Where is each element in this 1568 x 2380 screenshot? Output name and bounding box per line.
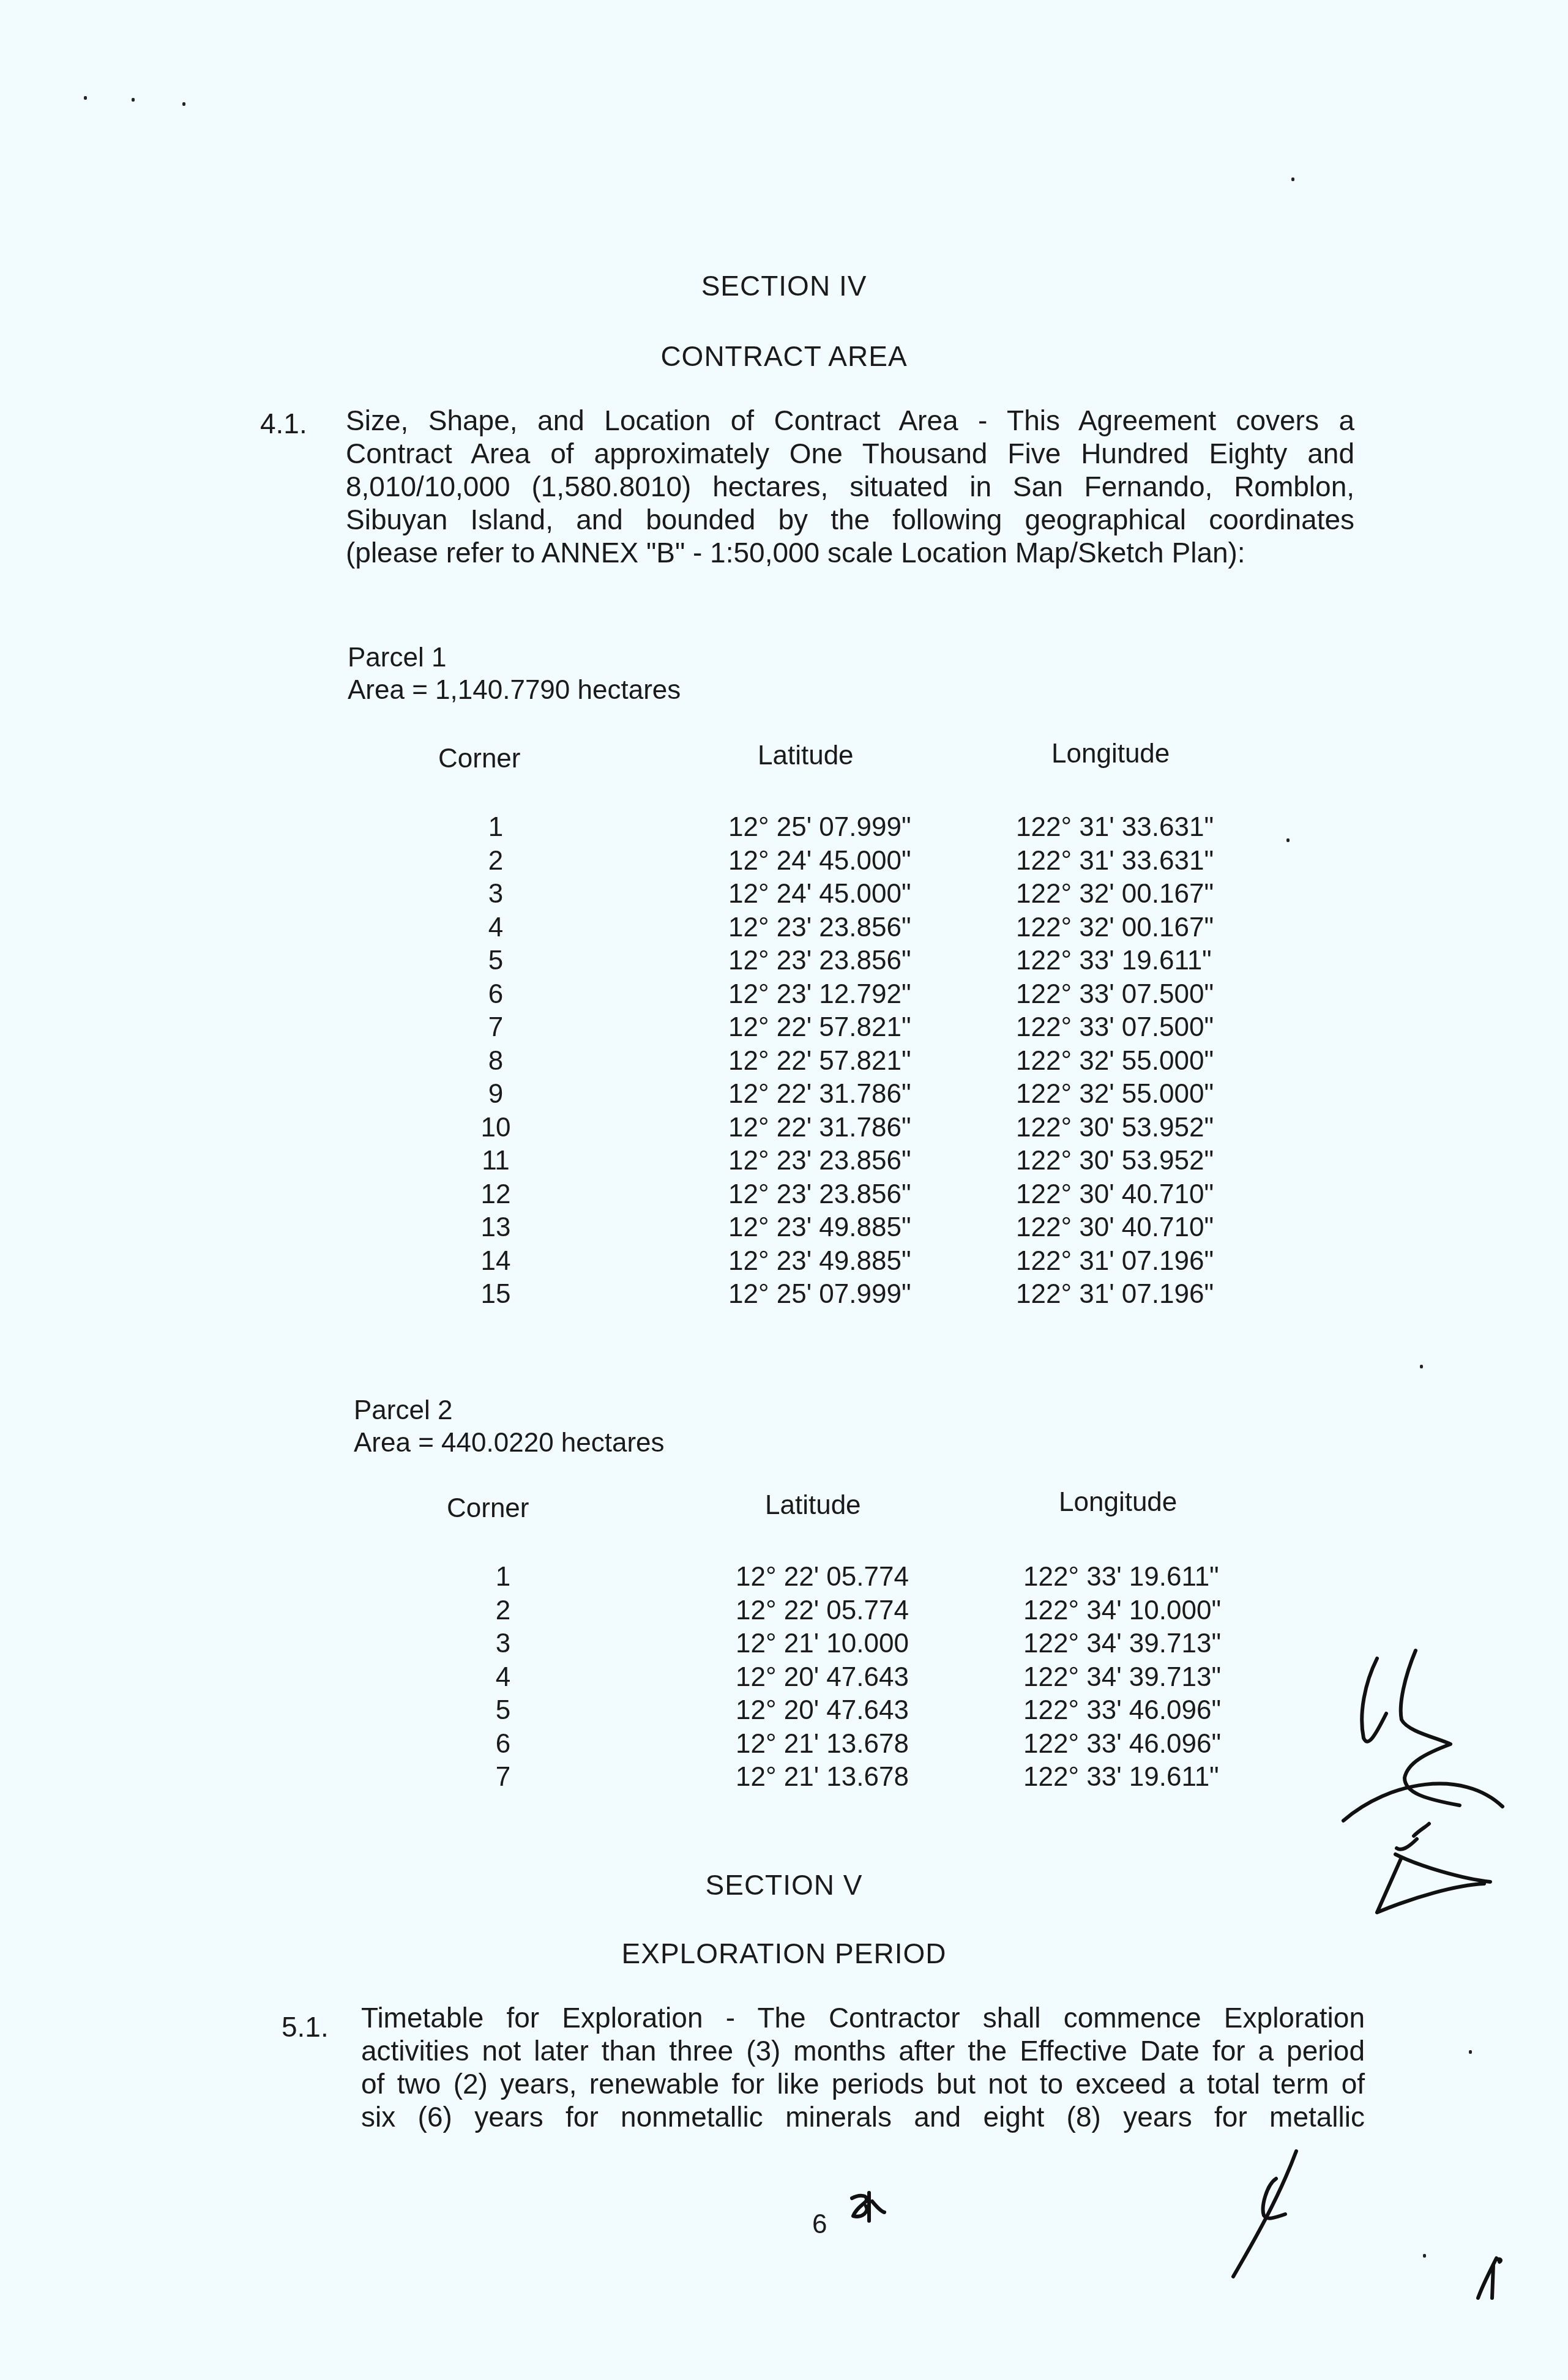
longitude-value: 122° 33' 19.611" [1023, 1761, 1219, 1794]
longitude-value: 122° 34' 10.000" [1023, 1594, 1221, 1628]
paragraph-4-1: Size, Shape, and Location of Contract Ar… [346, 404, 1354, 569]
longitude-value: 122° 31' 07.196" [1016, 1278, 1214, 1311]
corner-number: 15 [459, 1278, 532, 1311]
scan-speck [182, 102, 185, 106]
longitude-value: 122° 30' 53.952" [1016, 1144, 1214, 1178]
table-row: 1212° 23' 23.856"122° 30' 40.710" [0, 1178, 1568, 1212]
table-row: 112° 25' 07.999"122° 31' 33.631" [0, 811, 1568, 845]
longitude-value: 122° 32' 55.000" [1016, 1078, 1214, 1111]
latitude-value: 12° 24' 45.000" [728, 878, 911, 911]
table-row: 212° 24' 45.000"122° 31' 33.631" [0, 845, 1568, 878]
latitude-value: 12° 23' 23.856" [728, 1178, 911, 1212]
table-row: 112° 22' 05.774122° 33' 19.611" [0, 1561, 1568, 1594]
paragraph-line: activities not later than three (3) mont… [361, 2034, 1365, 2067]
longitude-value: 122° 33' 46.096" [1023, 1694, 1221, 1728]
longitude-value: 122° 31' 33.631" [1016, 811, 1214, 845]
longitude-value: 122° 32' 00.167" [1016, 878, 1214, 911]
paragraph-line: (please refer to ANNEX "B" - 1:50,000 sc… [346, 536, 1354, 569]
parcel-1-header-latitude: Latitude [758, 740, 854, 771]
scan-speck [1423, 2254, 1426, 2258]
parcel-1-area: Area = 1,140.7790 hectares [348, 675, 681, 706]
latitude-value: 12° 21' 13.678 [736, 1761, 909, 1794]
latitude-value: 12° 24' 45.000" [728, 845, 911, 878]
longitude-value: 122° 31' 07.196" [1016, 1245, 1214, 1278]
parcel-2-area: Area = 440.0220 hectares [354, 1428, 665, 1458]
table-row: 312° 21' 10.000122° 34' 39.713" [0, 1627, 1568, 1661]
corner-number: 7 [459, 1011, 532, 1045]
paragraph-line: six (6) years for nonmetallic minerals a… [361, 2100, 1365, 2133]
latitude-value: 12° 25' 07.999" [728, 1278, 911, 1311]
longitude-value: 122° 32' 00.167" [1016, 911, 1214, 945]
parcel-2-header-longitude: Longitude [1059, 1487, 1177, 1518]
paragraph-line: Contract Area of approximately One Thous… [346, 437, 1354, 470]
corner-number: 14 [459, 1245, 532, 1278]
longitude-value: 122° 30' 40.710" [1016, 1211, 1214, 1245]
corner-number: 4 [466, 1661, 540, 1695]
paragraph-line: of two (2) years, renewable for like per… [361, 2067, 1365, 2100]
corner-number: 6 [459, 978, 532, 1012]
margin-signature-icon [1340, 1646, 1536, 1909]
corner-number: 12 [459, 1178, 532, 1212]
corner-number: 7 [466, 1761, 540, 1794]
latitude-value: 12° 25' 07.999" [728, 811, 911, 845]
corner-number: 3 [466, 1627, 540, 1661]
table-row: 412° 20' 47.643122° 34' 39.713" [0, 1661, 1568, 1695]
scan-speck [132, 98, 135, 102]
latitude-value: 12° 22' 31.786" [728, 1111, 911, 1145]
table-row: 912° 22' 31.786"122° 32' 55.000" [0, 1078, 1568, 1111]
corner-number: 1 [459, 811, 532, 845]
table-row: 812° 22' 57.821"122° 32' 55.000" [0, 1045, 1568, 1078]
parcel-2-title: Parcel 2 [354, 1395, 452, 1426]
scan-speck [1469, 2050, 1472, 2054]
latitude-value: 12° 22' 05.774 [736, 1594, 909, 1628]
scan-speck [1291, 177, 1294, 181]
paragraph-line: Sibuyan Island, and bounded by the follo… [346, 503, 1354, 536]
latitude-value: 12° 23' 23.856" [728, 944, 911, 978]
table-row: 1112° 23' 23.856"122° 30' 53.952" [0, 1144, 1568, 1178]
longitude-value: 122° 34' 39.713" [1023, 1661, 1221, 1695]
corner-number: 11 [459, 1144, 532, 1178]
corner-number: 6 [466, 1728, 540, 1761]
latitude-value: 12° 21' 13.678 [736, 1728, 909, 1761]
initials-bk-icon [851, 2194, 887, 2225]
table-row: 712° 21' 13.678122° 33' 19.611" [0, 1761, 1568, 1794]
parcel-1-coordinates-table: 112° 25' 07.999"122° 31' 33.631"212° 24'… [0, 811, 1568, 1311]
longitude-value: 122° 33' 07.500" [1016, 978, 1214, 1012]
table-row: 512° 20' 47.643122° 33' 46.096" [0, 1694, 1568, 1728]
longitude-value: 122° 30' 53.952" [1016, 1111, 1214, 1145]
longitude-value: 122° 30' 40.710" [1016, 1178, 1214, 1212]
longitude-value: 122° 33' 46.096" [1023, 1728, 1221, 1761]
corner-number: 13 [459, 1211, 532, 1245]
latitude-value: 12° 23' 49.885" [728, 1245, 911, 1278]
latitude-value: 12° 23' 12.792" [728, 978, 911, 1012]
corner-number: 5 [459, 944, 532, 978]
latitude-value: 12° 23' 23.856" [728, 911, 911, 945]
table-row: 512° 23' 23.856"122° 33' 19.611" [0, 944, 1568, 978]
latitude-value: 12° 22' 57.821" [728, 1045, 911, 1078]
parcel-2-header-corner: Corner [447, 1493, 529, 1524]
corner-number: 10 [459, 1111, 532, 1145]
paragraph-number-5-1: 5.1. [282, 2010, 329, 2043]
table-row: 1512° 25' 07.999"122° 31' 07.196" [0, 1278, 1568, 1311]
corner-number: 8 [459, 1045, 532, 1078]
paragraph-5-1: Timetable for Exploration - The Contract… [361, 2001, 1365, 2133]
latitude-value: 12° 22' 57.821" [728, 1011, 911, 1045]
table-row: 312° 24' 45.000"122° 32' 00.167" [0, 878, 1568, 911]
corner-number: 2 [459, 845, 532, 878]
parcel-1-header-corner: Corner [438, 744, 521, 774]
latitude-value: 12° 21' 10.000 [736, 1627, 909, 1661]
table-row: 412° 23' 23.856"122° 32' 00.167" [0, 911, 1568, 945]
paragraph-line: 8,010/10,000 (1,580.8010) hectares, situ… [346, 470, 1354, 503]
longitude-value: 122° 33' 07.500" [1016, 1011, 1214, 1045]
latitude-value: 12° 22' 05.774 [736, 1561, 909, 1594]
section-iv-subheading: CONTRACT AREA [0, 340, 1568, 373]
table-row: 612° 21' 13.678122° 33' 46.096" [0, 1728, 1568, 1761]
latitude-value: 12° 23' 49.885" [728, 1211, 911, 1245]
section-v-heading: SECTION V [0, 1868, 1568, 1901]
page-number: 6 [812, 2209, 827, 2240]
corner-number: 9 [459, 1078, 532, 1111]
paragraph-number-4-1: 4.1. [260, 407, 307, 440]
parcel-2-coordinates-table: 112° 22' 05.774122° 33' 19.611"212° 22' … [0, 1561, 1568, 1794]
longitude-value: 122° 34' 39.713" [1023, 1627, 1221, 1661]
table-row: 612° 23' 12.792"122° 33' 07.500" [0, 978, 1568, 1012]
longitude-value: 122° 33' 19.611" [1016, 944, 1212, 978]
longitude-value: 122° 33' 19.611" [1023, 1561, 1219, 1594]
table-row: 1012° 22' 31.786"122° 30' 53.952" [0, 1111, 1568, 1145]
table-row: 1412° 23' 49.885"122° 31' 07.196" [0, 1245, 1568, 1278]
paragraph-line: Size, Shape, and Location of Contract Ar… [346, 404, 1354, 437]
table-row: 1312° 23' 49.885"122° 30' 40.710" [0, 1211, 1568, 1245]
longitude-value: 122° 31' 33.631" [1016, 845, 1214, 878]
latitude-value: 12° 22' 31.786" [728, 1078, 911, 1111]
signature-slash-icon [1230, 2148, 1297, 2283]
longitude-value: 122° 32' 55.000" [1016, 1045, 1214, 1078]
corner-number: 2 [466, 1594, 540, 1628]
table-row: 712° 22' 57.821"122° 33' 07.500" [0, 1011, 1568, 1045]
parcel-2-header-latitude: Latitude [765, 1490, 861, 1521]
corner-number: 5 [466, 1694, 540, 1728]
latitude-value: 12° 23' 23.856" [728, 1144, 911, 1178]
scan-speck [1286, 838, 1290, 842]
parcel-1-title: Parcel 1 [348, 643, 446, 673]
initial-mark-icon [1475, 2252, 1506, 2301]
paragraph-line: Timetable for Exploration - The Contract… [361, 2001, 1365, 2034]
section-v-subheading: EXPLORATION PERIOD [0, 1937, 1568, 1970]
section-iv-heading: SECTION IV [0, 269, 1568, 302]
scan-speck [84, 96, 87, 100]
parcel-1-header-longitude: Longitude [1051, 739, 1170, 769]
corner-number: 4 [459, 911, 532, 945]
scan-speck [1420, 1365, 1423, 1368]
corner-number: 3 [459, 878, 532, 911]
latitude-value: 12° 20' 47.643 [736, 1661, 909, 1695]
corner-number: 1 [466, 1561, 540, 1594]
table-row: 212° 22' 05.774122° 34' 10.000" [0, 1594, 1568, 1628]
latitude-value: 12° 20' 47.643 [736, 1694, 909, 1728]
